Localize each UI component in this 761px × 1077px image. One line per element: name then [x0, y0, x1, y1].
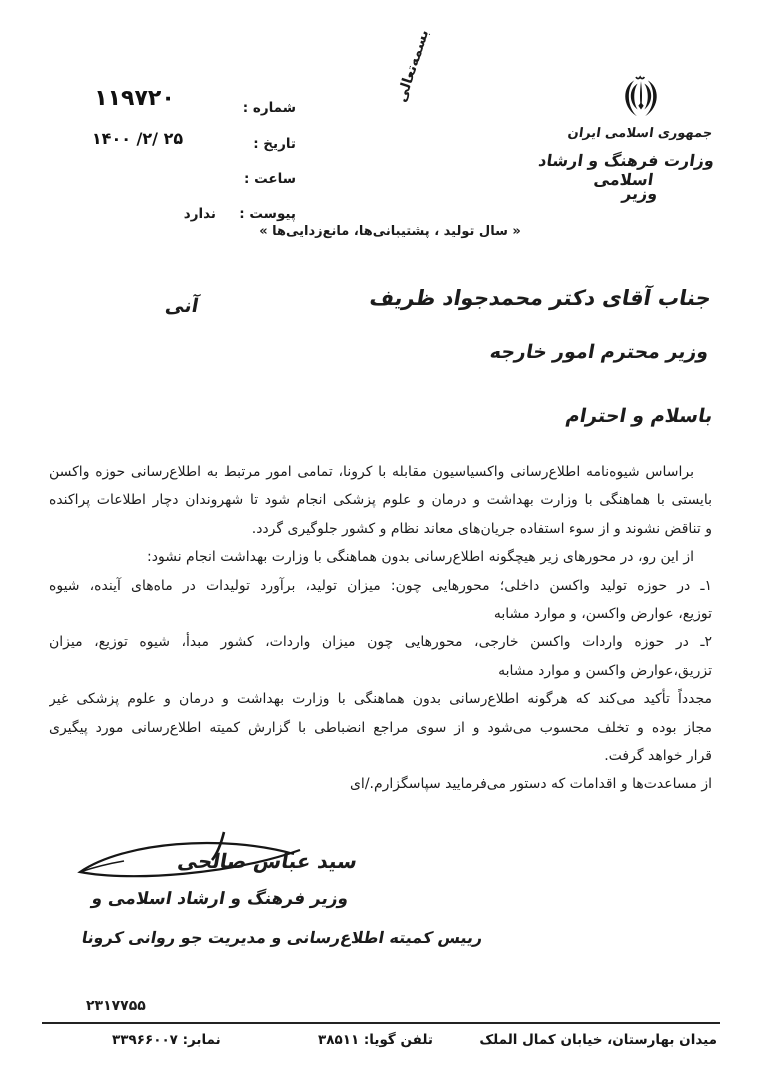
- signer-title-1: وزیر فرهنگ و ارشاد اسلامی و: [90, 889, 350, 909]
- body-line: از مساعدت‌ها و اقدامات که دستور می‌فرمای…: [49, 770, 712, 798]
- body-line: مجدداً تأکید می‌کند که هرگونه اطلاع‌رسان…: [49, 685, 712, 713]
- body-line: ۱ـ در حوزه تولید واکسن داخلی؛ محورهایی چ…: [49, 572, 712, 600]
- letter-body: براساس شیوه‌نامه اطلاع‌رسانی واکسیاسیون …: [49, 458, 712, 799]
- letterhead-office: وزیر: [584, 184, 697, 203]
- recipient-name: جناب آقای دکتر محمدجواد ظریف: [368, 286, 713, 310]
- letterhead-republic: جمهوری اسلامی ایران: [554, 126, 726, 141]
- footer-address: میدان بهارستان، خیابان کمال الملک: [479, 1032, 717, 1048]
- date-value: ۱۴۰۰ /۲/ ۲۵: [75, 129, 200, 148]
- number-label: شماره :: [243, 100, 296, 116]
- time-label: ساعت :: [244, 171, 296, 187]
- body-line: تزریق،عوارض واکسن و موارد مشابه: [49, 657, 712, 685]
- number-value: ۱۱۹۷۲۰: [62, 86, 207, 111]
- date-label: تاریخ :: [253, 136, 296, 152]
- attachment-label: پیوست :: [239, 206, 296, 222]
- signer-name: سید عباس صالحی: [176, 849, 359, 873]
- body-line: و تناقض نشوند و از سوء استفاده جریان‌های…: [49, 515, 712, 543]
- year-slogan: « سال تولید ، پشتیبانی‌ها، مانع‌زدایی‌ها…: [235, 224, 545, 239]
- official-letter-page: جمهوری اسلامی ایران وزارت فرهنگ و ارشاد …: [0, 0, 761, 1077]
- body-line: از این رو، در محورهای زیر هیچگونه اطلاع‌…: [49, 543, 712, 571]
- body-line: ۲ـ در حوزه واردات واکسن خارجی، محورهایی …: [49, 628, 712, 656]
- body-line: براساس شیوه‌نامه اطلاع‌رسانی واکسیاسیون …: [49, 458, 712, 486]
- body-line: توزیع، عوارض واکسن، و موارد مشابه: [49, 600, 712, 628]
- body-line: مجاز بوده و تخلف محسوب می‌شود و از سوی م…: [49, 714, 712, 742]
- urgency-stamp: آنی: [150, 295, 214, 317]
- attachment-value: ندارد: [184, 206, 216, 222]
- recipient-title: وزیر محترم امور خارجه: [488, 341, 711, 363]
- document-code: ۲۳۱۷۷۵۵: [86, 998, 146, 1014]
- footer-phone: تلفن گویا: ۳۸۵۱۱: [318, 1032, 433, 1048]
- body-line: قرار خواهد گرفت.: [49, 742, 712, 770]
- body-line: بایستی با هماهنگی با وزارت بهداشت و درما…: [49, 486, 712, 514]
- bismillah-calligraphy: بسمه‌تعالی: [391, 21, 434, 112]
- salutation: باسلام و احترام: [564, 405, 714, 427]
- footer-fax: نمابر: ۳۳۹۶۶۰۰۷: [112, 1032, 221, 1048]
- signer-title-2: رییس کمیته اطلاع‌رسانی و مدیریت جو روانی…: [80, 928, 484, 947]
- footer-divider: [42, 1022, 720, 1024]
- iran-emblem-icon: [615, 72, 667, 122]
